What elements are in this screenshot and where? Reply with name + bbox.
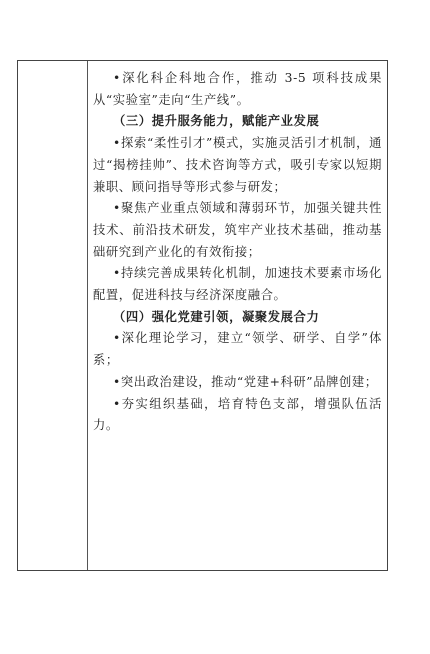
section-heading: （四）强化党建引领，凝聚发展合力 [93, 307, 382, 329]
bullet-paragraph: •聚焦产业重点领域和薄弱环节，加强关键共性技术、前沿技术研发，筑牢产业技术基础，… [93, 198, 382, 263]
bullet-paragraph: •夯实组织基础，培育特色支部，增强队伍活力。 [93, 394, 382, 437]
table-content-cell: •深化科企科地合作，推动 3-5 项科技成果从“实验室”走向“生产线”。 （三）… [88, 61, 387, 570]
document-table: •深化科企科地合作，推动 3-5 项科技成果从“实验室”走向“生产线”。 （三）… [17, 60, 388, 571]
bullet-paragraph: •深化理论学习，建立“领学、研学、自学”体系； [93, 328, 382, 371]
bullet-paragraph: •突出政治建设，推动“党建+科研”品牌创建； [93, 372, 382, 394]
bullet-paragraph: •持续完善成果转化机制，加速技术要素市场化配置，促进科技与经济深度融合。 [93, 263, 382, 306]
section-heading: （三）提升服务能力，赋能产业发展 [93, 111, 382, 133]
bullet-paragraph: •探索“柔性引才”模式，实施灵活引才机制，通过“揭榜挂帅”、技术咨询等方式，吸引… [93, 133, 382, 198]
bullet-paragraph: •深化科企科地合作，推动 3-5 项科技成果从“实验室”走向“生产线”。 [93, 68, 382, 111]
table-label-cell [18, 61, 88, 570]
